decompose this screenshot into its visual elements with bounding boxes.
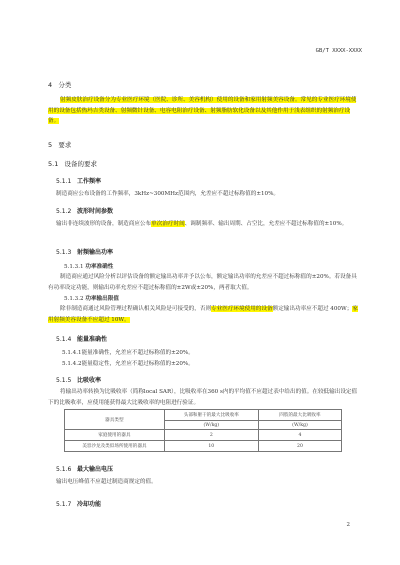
table-row: 家庭使用的器具 2 4 <box>65 430 342 441</box>
section-5-1-3-1-text: 制造商应通过风险分析以评估设备的额定输出功率并予以公布，额定输出功率的允差应不超… <box>48 272 360 293</box>
table-unit: (W/kg) <box>258 421 341 430</box>
section-number: 5.1.1 <box>56 178 71 185</box>
table-cell: 2 <box>164 430 258 441</box>
section-number: 5.1.5 <box>56 377 71 384</box>
section-4-text: 射频皮肤治疗设备分为专业医疗环境（医院、诊所、美容机构）使用的设备和家用射频美容… <box>48 95 360 127</box>
highlighted-text: 单次治疗时间 <box>151 221 185 227</box>
section-number: 5.1.7 <box>56 501 71 508</box>
table-header: 器具类型 <box>65 410 165 430</box>
page-number: 2 <box>347 522 351 528</box>
section-number: 5.1.3.1 <box>64 264 84 270</box>
section-5-1-heading: 5.1 设备的要求 <box>48 159 97 168</box>
table-cell: 20 <box>258 441 341 452</box>
section-5-1-3-2-text: 除非制造商通过风险管理过程确认相关风险是可接受的，否则专业医疗环境使用的设备额定… <box>48 304 360 325</box>
section-5-1-2-text: 输出非连续波形的设备，制造商应公布单次治疗时间、调制频率、输出周期、占空比，允差… <box>48 219 360 230</box>
section-4-heading: 4 分类 <box>48 80 71 89</box>
section-5-1-3-2-heading: 5.1.3.2 功率输出限值 <box>64 294 119 302</box>
section-5-1-6-text: 输出电压峰值不应超过制造商规定的值。 <box>48 477 360 488</box>
text-part: 额定输出功率应不超过 400W； <box>273 306 353 312</box>
section-number: 4 <box>48 81 52 89</box>
section-title: 工作频率 <box>77 178 101 185</box>
section-title: 比吸收率 <box>77 377 101 384</box>
sar-table: 器具类型 头部和躯干的最大比吸收率 四肢的最大比吸收率 (W/kg) (W/kg… <box>64 409 342 452</box>
section-title: 功率准确性 <box>85 264 113 270</box>
section-5-1-3-heading: 5.1.3 射频输出功率 <box>56 247 113 256</box>
section-title: 设备的要求 <box>65 160 98 168</box>
section-title: 功率输出限值 <box>85 296 119 302</box>
section-title: 能量准确性 <box>77 336 107 343</box>
table-row: 美容沙龙及类似场所使用的器具 10 20 <box>65 441 342 452</box>
standard-code: GB/T XXXX-XXXX <box>316 48 362 54</box>
highlighted-text: 射频皮肤治疗设备分为专业医疗环境（医院、诊所、美容机构）使用的设备和家用射频美容… <box>48 97 356 124</box>
section-title: 分类 <box>58 81 71 89</box>
section-number: 5.1.3 <box>56 249 71 256</box>
section-number: 5.1.2 <box>56 208 71 215</box>
section-5-1-7-heading: 5.1.7 冷却功能 <box>56 499 101 508</box>
section-5-1-3-1-heading: 5.1.3.1 功率准确性 <box>64 262 113 270</box>
section-title: 射频输出功率 <box>77 249 113 256</box>
section-title: 最大输出电压 <box>77 466 113 473</box>
section-5-1-1-text: 制造商应公布设备的工作频率，3kHz~300MHz范围内，允差应不超过标称值的±… <box>48 189 360 200</box>
section-5-1-1-heading: 5.1.1 工作频率 <box>56 176 101 185</box>
section-number: 5.1 <box>48 160 58 168</box>
section-title: 波形时间参数 <box>77 208 113 215</box>
section-title: 冷却功能 <box>77 501 101 508</box>
section-5-1-5-text: 将输出功率转换为比吸收率（简称local SAR），比吸收率在360 s内的平均… <box>48 387 360 408</box>
document-page: GB/T XXXX-XXXX 4 分类 射频皮肤治疗设备分为专业医疗环境（医院、… <box>0 0 400 565</box>
section-5-1-2-heading: 5.1.2 波形时间参数 <box>56 206 113 215</box>
section-number: 5.1.4 <box>56 336 71 343</box>
section-number: 5.1.3.2 <box>64 296 84 302</box>
section-5-1-6-heading: 5.1.6 最大输出电压 <box>56 464 113 473</box>
section-title: 要求 <box>58 141 71 149</box>
text-part: 除非制造商通过风险管理过程确认相关风险是可接受的，否则 <box>60 306 211 312</box>
section-5-1-4-heading: 5.1.4 能量准确性 <box>56 334 107 343</box>
table-cell: 4 <box>258 430 341 441</box>
section-number: 5 <box>48 141 52 149</box>
table-cell: 家庭使用的器具 <box>65 430 165 441</box>
table-cell: 美容沙龙及类似场所使用的器具 <box>65 441 165 452</box>
section-5-1-5-heading: 5.1.5 比吸收率 <box>56 375 101 384</box>
table-cell: 10 <box>164 441 258 452</box>
text-part: 输出非连续波形的设备，制造商应公布 <box>56 221 151 227</box>
table-header: 头部和躯干的最大比吸收率 <box>164 410 258 421</box>
highlighted-text: 专业医疗环境使用的设备 <box>211 306 273 312</box>
table-unit: (W/kg) <box>164 421 258 430</box>
section-5-1-4-2-text: 5.1.4.2能量稳定性，允差应不超过标称值的±20%。 <box>48 359 360 370</box>
text-part: 、调制频率、输出周期、占空比，允差应不超过标称值的±10%。 <box>185 221 348 227</box>
section-number: 5.1.6 <box>56 466 71 473</box>
section-5-heading: 5 要求 <box>48 140 71 149</box>
table-header: 四肢的最大比吸收率 <box>258 410 341 421</box>
section-5-1-4-1-text: 5.1.4.1能量准确性，允差应不超过标称值的±20%。 <box>48 348 360 359</box>
